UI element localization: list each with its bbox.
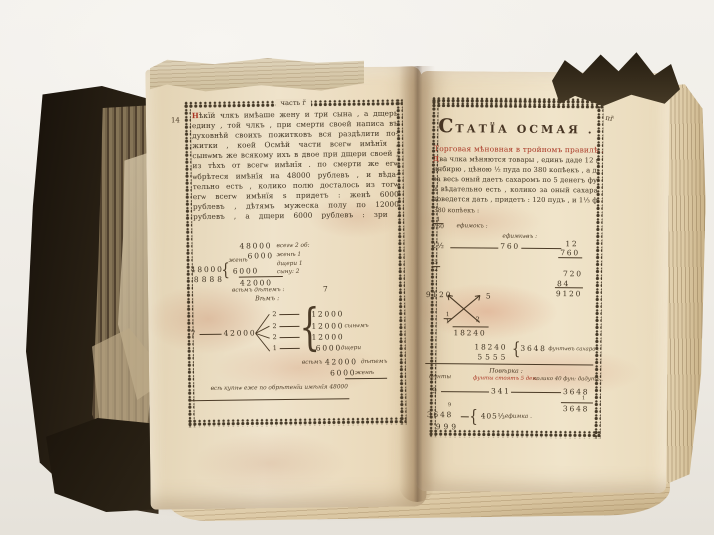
brace-glyph: {: [469, 408, 478, 425]
ornament-border-bottom: [188, 417, 407, 428]
math-label: всегѡ 2 об:: [276, 243, 309, 249]
math-number: 2: [273, 333, 278, 341]
math-label: фунтѡвъ сахара .: [548, 346, 599, 352]
fraction-denominator: 1: [444, 320, 452, 326]
math-number: 1: [582, 395, 586, 401]
math-number: 6000: [248, 251, 274, 260]
math-number: 3648: [427, 410, 453, 419]
math-number: 42000: [240, 278, 273, 287]
math-number: 9: [448, 402, 452, 408]
math-number: 48000: [239, 241, 272, 250]
math-number: 3648: [563, 404, 589, 413]
math-number: 6000: [233, 266, 259, 275]
math-number: 42000: [325, 357, 358, 366]
math-number: 2: [272, 310, 277, 318]
math-label: ефимка .: [505, 414, 532, 420]
article-title: С ТАТЇА ОСМАЯ .: [438, 118, 594, 136]
left-paragraph: Нѣкїй члкъ имѣаше жену и три сына , а дщ…: [192, 109, 399, 223]
article-subtitle: Торговая мѣновная в тройномъ правилѣ .: [434, 144, 604, 154]
fraction-denominator: 760: [432, 224, 444, 231]
math-number: 2½: [431, 241, 444, 250]
math-number: 1: [273, 344, 278, 352]
math-number: 341: [491, 387, 511, 396]
math-number: 12: [565, 239, 578, 248]
math-number: 2: [272, 322, 277, 330]
math-number: 18240: [454, 328, 487, 337]
math-number: 720: [563, 269, 583, 278]
math-number: 760: [500, 242, 520, 251]
fraction-denominator: 2: [432, 267, 440, 273]
arrow-shaft: [461, 416, 469, 417]
math-label: женѣ: [229, 257, 248, 263]
math-number: 12000: [312, 332, 345, 341]
math-number: 42000: [223, 328, 256, 337]
math-number: 999: [436, 422, 459, 431]
math-number: 12000: [311, 309, 344, 318]
fan-lines: [254, 311, 271, 355]
math-label: ефимокъ :: [456, 223, 487, 229]
mult-rule: [558, 257, 582, 258]
text-line: доведется дать , придетъ : 120 пудъ , и …: [433, 195, 598, 206]
math-label: ефимкѡвъ :: [502, 234, 537, 240]
verification-title: Повѣрка :: [489, 368, 523, 375]
verification-note-red: фунты стоятъ 5 ден:: [473, 375, 538, 382]
title-initial: С: [438, 118, 453, 135]
math-label: дѣтемъ: [361, 359, 387, 365]
math-number: 405⅓: [481, 411, 506, 420]
math-label: сыну: 2: [277, 269, 300, 275]
math-label: всѣмъ дѣтемъ :: [232, 287, 285, 294]
math-number: 12000: [311, 321, 344, 330]
math-label: дщери: [341, 345, 361, 351]
math-label: сынѡмъ: [344, 323, 368, 329]
math-number: 760: [560, 248, 580, 257]
left-page: часть г̃ 14 Нѣкїй члкъ имѣаше жену и три…: [145, 66, 426, 509]
math-number: 5: [486, 292, 493, 301]
photo-antique-open-book: часть г̃ 14 Нѣкїй члкъ имѣаше жену и три…: [0, 0, 714, 535]
verification-note: колико 40 фун: дадутъ .: [533, 376, 603, 383]
fraction: 1 760: [432, 217, 444, 231]
math-number: 7: [190, 329, 197, 338]
right-paragraph: Два члка мѣняются товары , единъ даде 12…: [433, 155, 598, 206]
math-number: 9120: [556, 289, 582, 298]
math-label: Вѣмъ :: [255, 294, 279, 302]
math-number: 6000: [330, 368, 356, 377]
math-label: фунты: [429, 374, 451, 380]
math-number: 5555: [477, 352, 508, 361]
math-number: 6000: [316, 343, 342, 352]
torn-top-edge: [552, 50, 680, 106]
math-label: женѣ 1: [277, 252, 302, 258]
math-number: 9: [432, 386, 439, 395]
math-label: 380 копѣекъ :: [434, 207, 480, 214]
left-folio-number: 14: [171, 116, 180, 124]
fraction: 5 2: [432, 260, 440, 274]
brace-glyph: {: [512, 341, 521, 358]
math-label: всѣмъ: [302, 360, 322, 366]
ornament-border-top: [432, 97, 604, 109]
brace-glyph: {: [221, 262, 230, 279]
right-folio-number: пг̃: [605, 114, 615, 123]
right-page: пг̃ С ТАТЇА ОСМАЯ . Торговая мѣновная в …: [416, 71, 670, 493]
math-label: женѣ: [355, 370, 374, 376]
math-number: 7: [323, 284, 330, 293]
title-text: ТАТЇА ОСМАЯ .: [455, 122, 594, 136]
math-number: 48000: [191, 265, 224, 274]
math-number: 3648: [520, 344, 546, 353]
running-header: часть г̃: [275, 99, 311, 107]
math-label: дщери 1: [277, 261, 303, 267]
fraction: 1 1: [444, 312, 452, 326]
math-number: 18240: [474, 342, 507, 351]
math-number: 2: [476, 315, 481, 323]
